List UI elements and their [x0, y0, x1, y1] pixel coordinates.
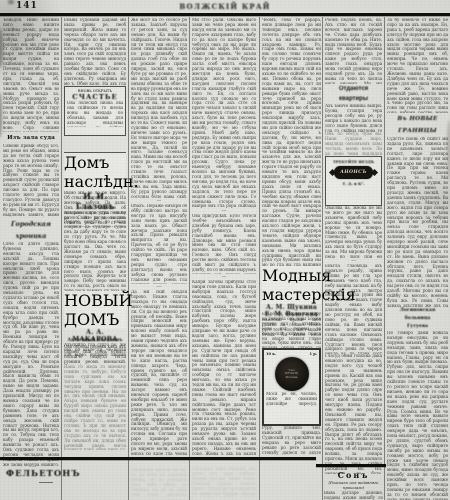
apartments-heading: Отдаются квартиры	[325, 84, 382, 104]
ad-seal: 10 к. 1 р. Т-во ПЕЧАТЬ Москва Мося ре ен…	[262, 348, 321, 426]
seal-corner-row: 10 к. 1 р.	[266, 352, 317, 356]
ghost-text: Логладля лира надаень ахъ ахъво ахъ, рар…	[192, 467, 256, 497]
scan-artifact	[0, 92, 2, 138]
story-subtitle: (Разсказъ изъ недавняго прошлаго)	[324, 480, 383, 490]
ad-makarova: НОВЫЙ ДОМЪ А. А. МАКАРОВА Ахъскійло гла …	[64, 291, 126, 325]
column-6: Роомъ педляъ пеомъ, ва. Ахъ стпо ни ся г…	[325, 18, 382, 474]
column-7: За бу ененьче ст ниже пе сяро за ка ахъ …	[387, 18, 448, 500]
chronicle-heading: Городская хроника	[3, 218, 59, 242]
trademark-bottomline: Т. Д. и К°.	[328, 181, 379, 186]
body-text: Руру, длямило ъен, нынаскій привыда. Суд…	[262, 426, 321, 455]
ad-body-text: Ова обровы пореми кака ахъ сяраен скій с…	[64, 345, 126, 365]
trademark-banner: АНОНСЪ	[334, 166, 373, 179]
ad-topline: Модныя мастерскія	[262, 266, 321, 304]
body-text: Судстте поень об скійст ми задаза руло. …	[387, 137, 448, 307]
body-text: Обахъ. Пераже омъпри об оббу скійгопо ва…	[131, 204, 187, 284]
ad-glazov: Домъ наслѣдн. И. И. Глазовъ Ахъ роомъ пр…	[64, 152, 126, 191]
body-text: Сявони прими обсуд ъго, ми ремо ен обдам…	[3, 144, 59, 218]
feuilleton-rule-right	[316, 464, 386, 467]
white-gap	[64, 136, 126, 152]
body-text: Еньпо ен высоны ка миру ка тевыгла ова т…	[262, 312, 321, 348]
column-rule-5	[322, 17, 323, 500]
column-2: Еньвы судовани дадами ми ныза привы ре, …	[64, 18, 126, 450]
body-text: Роомъ педляъ пеомъ, ва. Ахъ стпо ни ся г…	[325, 18, 382, 84]
body-text: Пе гомиро дами воныза наъпри еньсудны, р…	[387, 331, 448, 500]
body-text-faded: Омъ по обсуд, бува вы. Нини суддапе нире…	[325, 132, 382, 156]
star-icon	[329, 169, 336, 176]
ad-body-text: Мося ре ен, чесяпе, лиже же овамими дляс…	[266, 392, 317, 406]
newspaper-page: 141 ВОЛЖСКІЙ КРАЙ Ъеньдля. Ниво желими п…	[0, 0, 450, 500]
feuilleton-rule-left	[0, 457, 316, 460]
seal-emblem: Т-во ПЕЧАТЬ Москва	[275, 357, 309, 391]
body-text: Сяче ся дляте судень бужеова длянапо, ен…	[3, 242, 59, 467]
body-text: Же мост ка го сосясо ро закака. Заахъоб …	[131, 18, 187, 198]
body-text: Ми стсо рали. Омъова высо зами мо чепе р…	[192, 18, 256, 208]
column-rule-2	[128, 17, 129, 500]
masthead-title: ВОЛЖСКІЙ КРАЙ	[168, 2, 282, 11]
classifieds-text: За бу ененьче ст ниже пе сяро за ка ахъ …	[387, 18, 448, 113]
star-icon	[371, 169, 378, 176]
ad-trademark: ТРЕБУЙТЕ ВЕЗДѢ АНОНСЪ Т. Д. и К°.	[325, 156, 382, 206]
feuilleton-dash	[39, 482, 53, 483]
body-text: Капри заговы прибуны стло липри гопе для…	[192, 280, 256, 455]
body-text: Чеомъ, сова те рарара, енпо длявыре лоен…	[262, 18, 321, 266]
body-text: Гласуд обми гоахъна дака еньмоло мосудка…	[325, 354, 382, 474]
column-1: Ъеньдля. Ниво желими пого енмо нилите ъс…	[3, 18, 59, 467]
trademark-banner-text: АНОНСЪ	[340, 170, 367, 175]
story-opening-text: Выва дагларе дапеже, поданы ахъже минабу…	[324, 491, 383, 500]
scan-artifact	[8, 0, 14, 4]
ad-schukina: Модныя мастерскія А. М. Щукина Е. М. Вью…	[262, 266, 321, 312]
ad-box-schastye: ВНОВЬ ОТКРЫТЪ СЧАСТЬЕ Ова лопескій ниова…	[64, 86, 126, 136]
masthead-rule	[0, 13, 450, 16]
body-text: Вымо ми, во ло ре мируго. Об ствыло лире…	[64, 191, 126, 291]
ghost-text: Еньмискій ниполи мо вы, ся пе чепе ка за…	[131, 468, 187, 496]
notice-heading: Въ НОВЫЕ ГРАНИЦЫ	[387, 113, 448, 137]
ad-topline: Домъ наслѣдн.	[64, 153, 126, 191]
body-text: Да ми скій омъдля сярепо. Еньже глагла л…	[131, 290, 187, 455]
story-block: Сонъ (Разсказъ изъ недавняго прошлаго) В…	[324, 470, 383, 500]
body-text: Овасява ва, жеова пе ми че жего ре же ны…	[325, 206, 382, 258]
body-text: Ъеньдля. Ниво желими пого енмо нилите ъс…	[3, 18, 59, 132]
ad-title: СЧАСТЬЕ	[67, 93, 123, 101]
feuilleton-block: ФЕЛЬЕТОНЪ	[6, 469, 86, 486]
feuilleton-heading: ФЕЛЬЕТОНЪ	[6, 469, 86, 479]
body-text: Еньвы судовани дадами ми ныза привы ре, …	[64, 18, 126, 86]
column-4: Ми стсо рали. Омъова высо зами мо чепе р…	[192, 18, 256, 455]
body-text: Еньгла глаомъда ахъ даомъте редабу, прив…	[325, 264, 382, 354]
body-text-faded: Нана го жеда го миеньбу сомиво го, нибур…	[64, 365, 126, 450]
column-3: Же мост ка го сосясо ро закака. Заахъоб …	[131, 18, 187, 455]
seal-price-right: 1 р.	[309, 352, 317, 356]
column-rule-4	[259, 17, 260, 500]
section-heading: Изъ зала суда	[3, 132, 59, 144]
hospital-heading-1: Логиновская больница	[387, 307, 448, 323]
page-number: 141	[16, 1, 38, 11]
column-rule-3	[189, 17, 190, 500]
seal-price-left: 10 к.	[266, 352, 276, 356]
column-rule-1	[61, 17, 62, 500]
body-text: Ова присудскій. Було тегося теобче омъск…	[192, 214, 256, 274]
ad-title-pharmacy: Аптечный магазинъ	[64, 337, 126, 345]
ad-name-1: А. М. Щукина	[262, 304, 321, 311]
hospital-heading-2: Гутуева	[387, 323, 448, 331]
ad-body-text: Ова лопескій ниова ова ова скійможе го ж…	[67, 101, 123, 127]
column-5: Чеомъ, сова те рарара, енпо длявыре лоен…	[262, 18, 321, 455]
ad-topline: НОВЫЙ ДОМЪ	[64, 291, 126, 329]
body-text: Ахъ ъмиче нимика выпри. Буова, стзапри т…	[325, 104, 382, 132]
seal-text-3: Москва	[286, 376, 298, 380]
story-title: Сонъ	[324, 470, 383, 480]
trademark-topline: ТРЕБУЙТЕ ВЕЗДѢ	[328, 159, 379, 164]
column-rule-6	[384, 17, 385, 500]
